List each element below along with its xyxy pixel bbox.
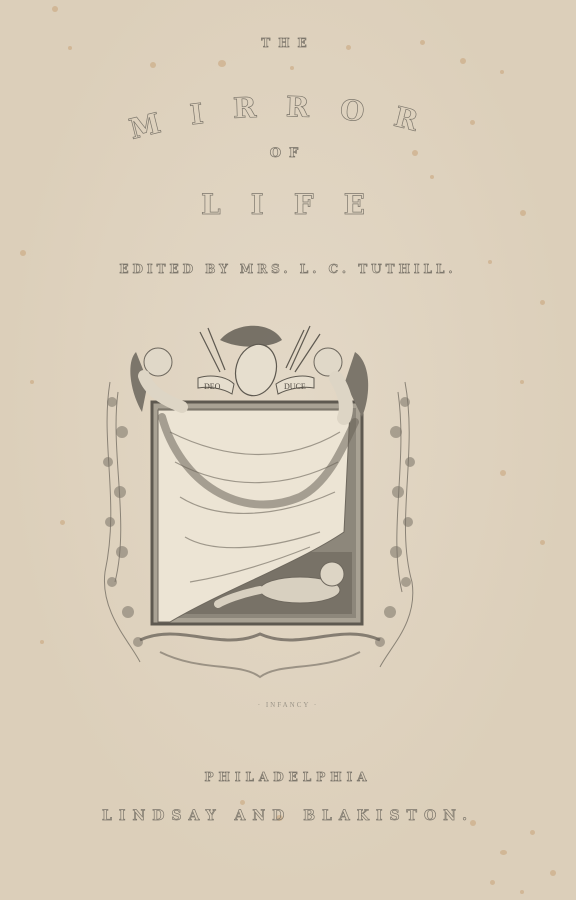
editor-credit: EDITED BY MRS. L. C. TUTHILL. [0, 262, 576, 276]
title-page: THE MIRROR OF LIFE EDITED BY MRS. L. C. … [0, 0, 576, 900]
title-mirror: MIRROR [0, 96, 576, 129]
title-letter: O [338, 93, 396, 132]
title-letter: R [391, 100, 451, 145]
title-letter: M [126, 99, 193, 146]
banner-left-text: DEO [204, 382, 221, 391]
engraving-illustration: DEO DUCE [100, 322, 420, 692]
banner-right-text: DUCE [284, 382, 306, 391]
title-the: THE [0, 36, 576, 50]
title-letter: R [232, 90, 286, 125]
imprint-city: PHILADELPHIA [0, 770, 576, 784]
illustration-caption: · INFANCY · [0, 701, 576, 709]
title-life: LIFE [0, 188, 576, 221]
title-letter: R [286, 90, 340, 125]
title-of: OF [0, 146, 576, 161]
title-letter: I [188, 93, 235, 131]
publisher-name: LINDSAY AND BLAKISTON. [0, 808, 576, 824]
